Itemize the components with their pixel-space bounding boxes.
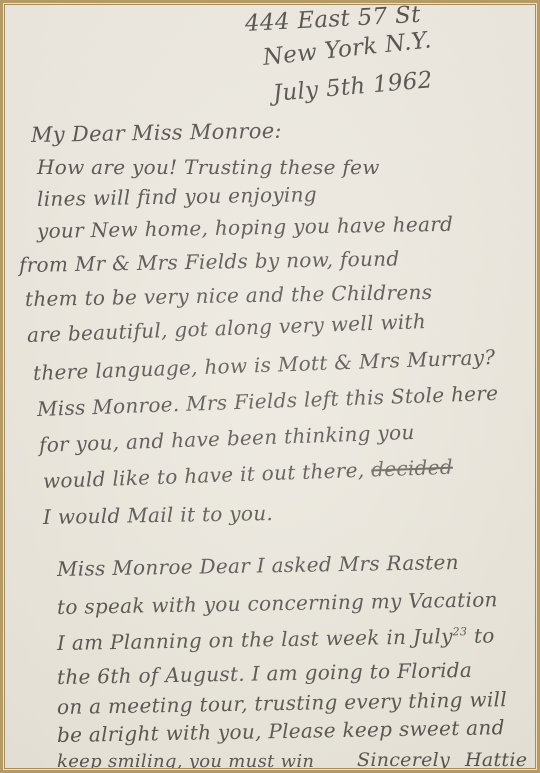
salutation: My Dear Miss Monroe: — [31, 119, 282, 147]
paragraph-1-line-4: from Mr & Mrs Fields by now, found — [19, 246, 400, 277]
frame-inner-border: 444 East 57 St New York N.Y. July 5th 19… — [3, 3, 537, 770]
paragraph-1-line-5: them to be very nice and the Childrens — [25, 280, 433, 311]
signature: Hattie — [465, 749, 527, 768]
picture-frame: 444 East 57 St New York N.Y. July 5th 19… — [0, 0, 540, 773]
to-word: to — [474, 623, 495, 647]
paragraph-2-line-3: I am Planning on the last week in July23… — [57, 623, 495, 655]
letter-date: July 5th 1962 — [272, 67, 434, 107]
paragraph-2-line-1: Miss Monroe Dear I asked Mrs Rasten — [57, 550, 459, 581]
paragraph-1-line-11: I would Mail it to you. — [43, 501, 274, 529]
paragraph-2-line-3-text: I am Planning on the last week in July — [57, 624, 453, 655]
paragraph-2-line-7: keep smiling, you must win — [57, 751, 314, 768]
paragraph-1-line-1: How are you! Trusting these few — [37, 155, 380, 179]
paragraph-1-line-9: for you, and have been thinking you — [39, 420, 415, 457]
struck-word-decided: decided — [371, 455, 454, 482]
paragraph-1-line-3: your New home, hoping you have heard — [37, 212, 454, 243]
july-superscript-23: 23 — [453, 625, 468, 638]
paragraph-1-line-7: there language, how is Mott & Mrs Murray… — [33, 345, 496, 385]
paragraph-1-line-2: lines will find you enjoying — [37, 182, 317, 211]
paragraph-1-line-10: would like to have it out there, decided — [43, 455, 454, 493]
paragraph-2-line-4: the 6th of August. I am going to Florida — [57, 658, 473, 689]
closing: Sincerely — [357, 749, 450, 768]
paragraph-2-line-2: to speak with you concerning my Vacation — [57, 587, 498, 619]
paragraph-2-line-6: be alright with you, Please keep sweet a… — [57, 715, 505, 747]
letter-paper: 444 East 57 St New York N.Y. July 5th 19… — [5, 5, 535, 768]
paragraph-1-line-10-text: would like to have it out there, — [43, 458, 365, 493]
paragraph-1-line-6: are beautiful, got along very well with — [27, 309, 427, 347]
paragraph-2-line-5: on a meeting tour, trusting every thing … — [57, 687, 507, 719]
paragraph-1-line-8: Miss Monroe. Mrs Fields left this Stole … — [37, 381, 499, 421]
